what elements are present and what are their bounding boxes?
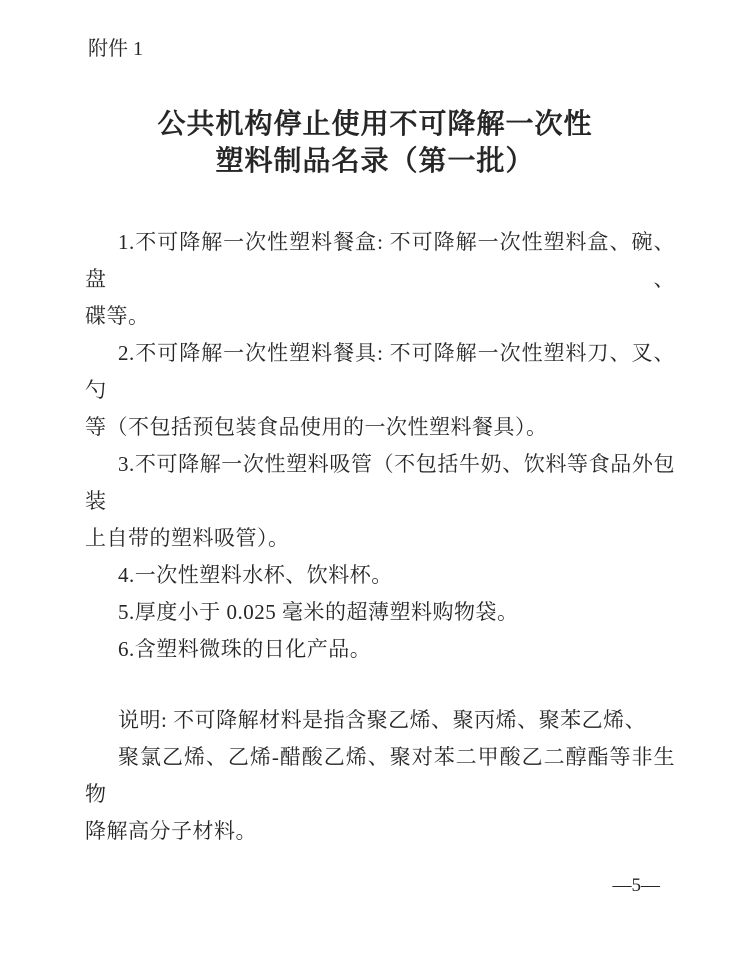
body-line: 6.含塑料微珠的日化产品。 — [85, 631, 675, 668]
body-line: 说明: 不可降解材料是指含聚乙烯、聚丙烯、聚苯乙烯、 — [85, 702, 675, 739]
page-title: 公共机构停止使用不可降解一次性 塑料制品名录（第一批） — [0, 106, 750, 180]
body-line: 3.不可降解一次性塑料吸管（不包括牛奶、饮料等食品外包装 — [85, 446, 675, 520]
page-title-line-1: 公共机构停止使用不可降解一次性 — [0, 106, 750, 143]
body-line: 等（不包括预包装食品使用的一次性塑料餐具）。 — [85, 409, 675, 446]
body-line: 5.厚度小于 0.025 毫米的超薄塑料购物袋。 — [85, 594, 675, 631]
attachment-label: 附件 1 — [88, 36, 143, 62]
body-line: 4.一次性塑料水杯、饮料杯。 — [85, 557, 675, 594]
body-line: 聚氯乙烯、乙烯-醋酸乙烯、聚对苯二甲酸乙二醇酯等非生物 — [85, 739, 675, 813]
body-line: 碟等。 — [85, 298, 675, 335]
body-line: 1.不可降解一次性塑料餐盒: 不可降解一次性塑料盒、碗、盘、 — [85, 224, 675, 298]
page-title-line-2: 塑料制品名录（第一批） — [0, 143, 750, 180]
body-line: 降解高分子材料。 — [85, 813, 675, 850]
body-line: 上自带的塑料吸管）。 — [85, 520, 675, 557]
document-body: 1.不可降解一次性塑料餐盒: 不可降解一次性塑料盒、碗、盘、碟等。2.不可降解一… — [85, 224, 675, 850]
body-line: 2.不可降解一次性塑料餐具: 不可降解一次性塑料刀、叉、勺 — [85, 335, 675, 409]
document-page: 附件 1 公共机构停止使用不可降解一次性 塑料制品名录（第一批） 1.不可降解一… — [0, 0, 750, 962]
page-number: —5— — [613, 874, 661, 898]
